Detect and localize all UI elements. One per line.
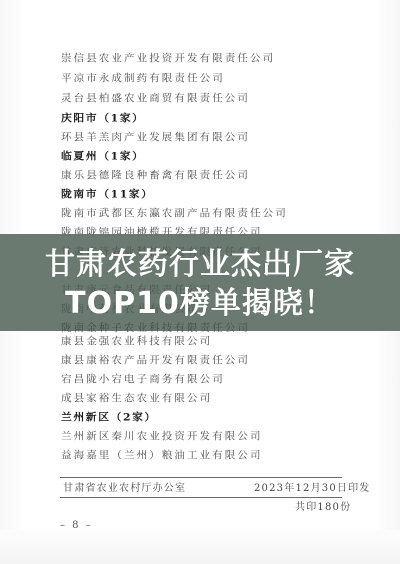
company-line: 益海嘉里（兰州）粮油工业有限公司 [61, 449, 263, 462]
region-heading: 陇南市（11家） [61, 188, 154, 201]
headline-title: 甘肃农药行业杰出厂家 [0, 247, 400, 283]
company-line: 环县羊羔肉产业发展集团有限公司 [61, 131, 250, 144]
company-line: 宕昌陇小宕电子商务有限公司 [61, 373, 225, 386]
company-line: 康乐县德隆良种畜禽有限责任公司 [61, 169, 250, 182]
footer-copies: 共印180份 [295, 501, 351, 514]
company-line: 兰州新区秦川农业投资开发有限公司 [61, 430, 263, 443]
footer-issuer: 甘肃省农业农村厅办公室 [63, 482, 186, 495]
company-line: 康县康裕农产品开发有限责任公司 [61, 354, 250, 367]
company-line: 平凉市永成制药有限责任公司 [61, 72, 225, 85]
footer-print-date: 2023年12月30日印发 [254, 482, 371, 495]
document-page: 崇信县农业产业投资开发有限责任公司 平凉市永成制药有限责任公司 灵台县柏盛农业商… [0, 0, 400, 564]
region-heading: 临夏州（1家） [61, 150, 145, 163]
footer-top-rule [60, 477, 342, 478]
headline-subtitle: TOP10榜单揭晓！ [0, 286, 400, 322]
company-line: 成县家裕生态农业有限公司 [61, 392, 212, 405]
page-bottom-shade [0, 530, 400, 564]
footer-bottom-rule [60, 497, 342, 498]
company-line: 康县金强农业科技有限公司 [61, 335, 212, 348]
page-number: – 8 – [60, 520, 93, 531]
company-line-obscured: 陇南金种子农业科技有限责任公司 [61, 321, 250, 335]
region-heading: 庆阳市（1家） [61, 112, 145, 125]
region-heading: 兰州新区（2家） [61, 411, 157, 424]
company-line: 崇信县农业产业投资开发有限责任公司 [61, 52, 275, 65]
company-line: 灵台县柏盛农业商贸有限责任公司 [61, 92, 250, 105]
company-line: 陇南市武都区东瀛农副产品有限责任公司 [61, 207, 288, 220]
